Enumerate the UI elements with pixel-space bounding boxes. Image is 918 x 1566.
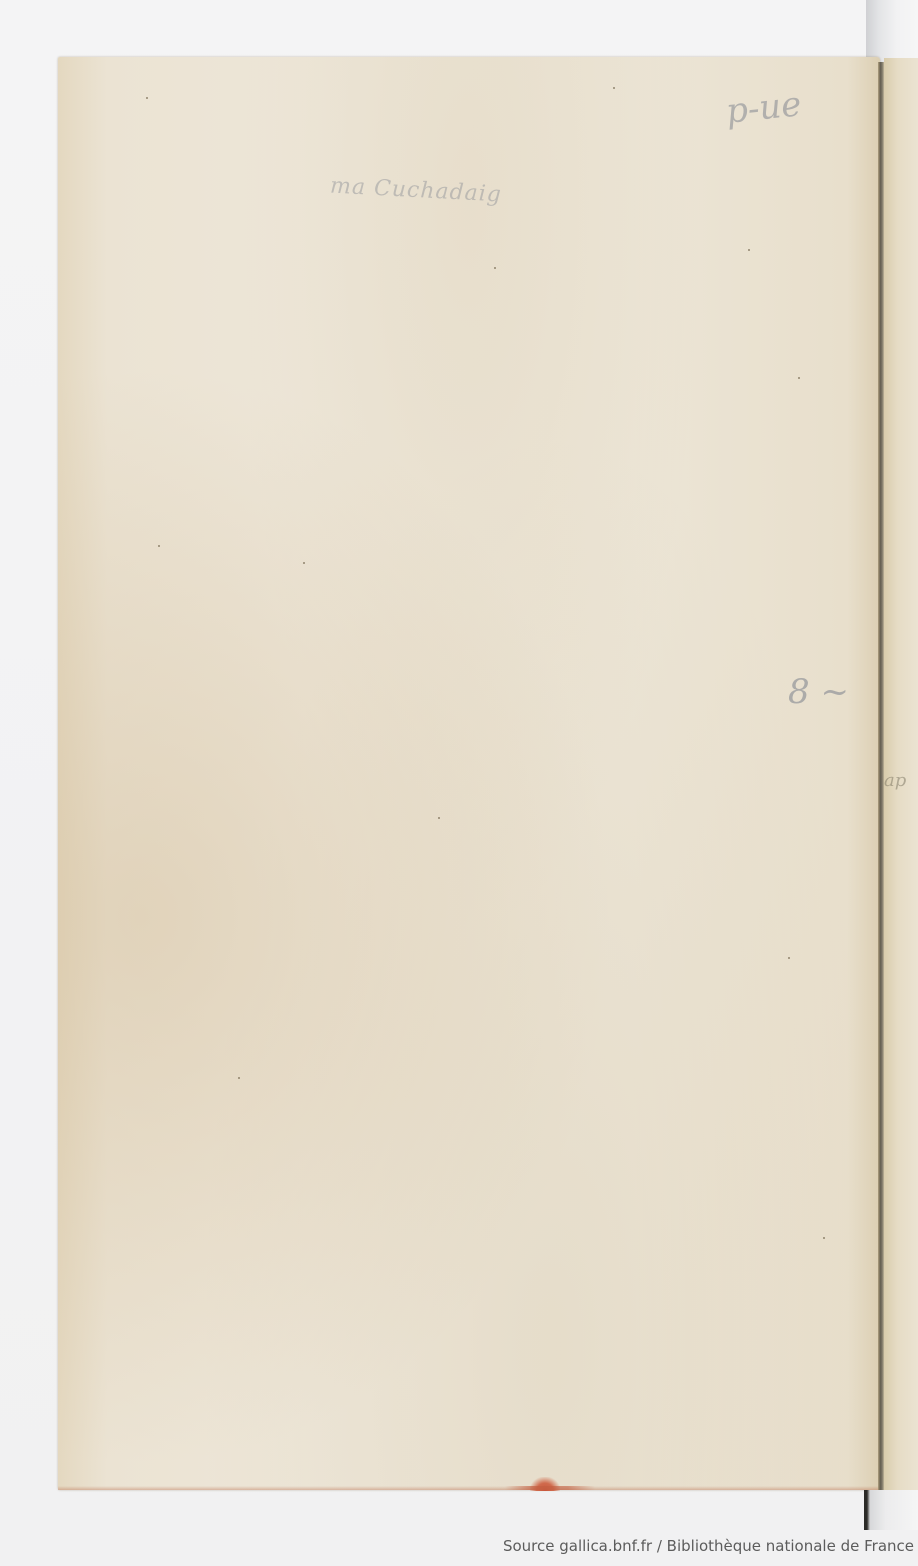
paper-speck — [238, 1077, 240, 1079]
paper-speck — [823, 1237, 825, 1239]
binding-shadow-bottom — [864, 1490, 918, 1530]
binding-shadow-top — [866, 0, 918, 62]
manuscript-page — [58, 57, 880, 1490]
paper-speck — [303, 562, 305, 564]
source-credit: Source gallica.bnf.fr / Bibliothèque nat… — [503, 1537, 914, 1555]
paper-speck — [613, 87, 615, 89]
adjacent-page-text: ap — [884, 770, 906, 791]
pencil-annotation-top-right: p-ue — [724, 84, 803, 132]
paper-speck — [748, 249, 750, 251]
paper-speck — [494, 267, 496, 269]
binding-gutter — [878, 62, 884, 1490]
red-edge-stain — [505, 1486, 595, 1490]
paper-speck — [438, 817, 440, 819]
pencil-annotation-mid-right: 8 ~ — [788, 672, 849, 712]
paper-speck — [798, 377, 800, 379]
paper-speck — [158, 545, 160, 547]
paper-speck — [788, 957, 790, 959]
paper-speck — [146, 97, 148, 99]
